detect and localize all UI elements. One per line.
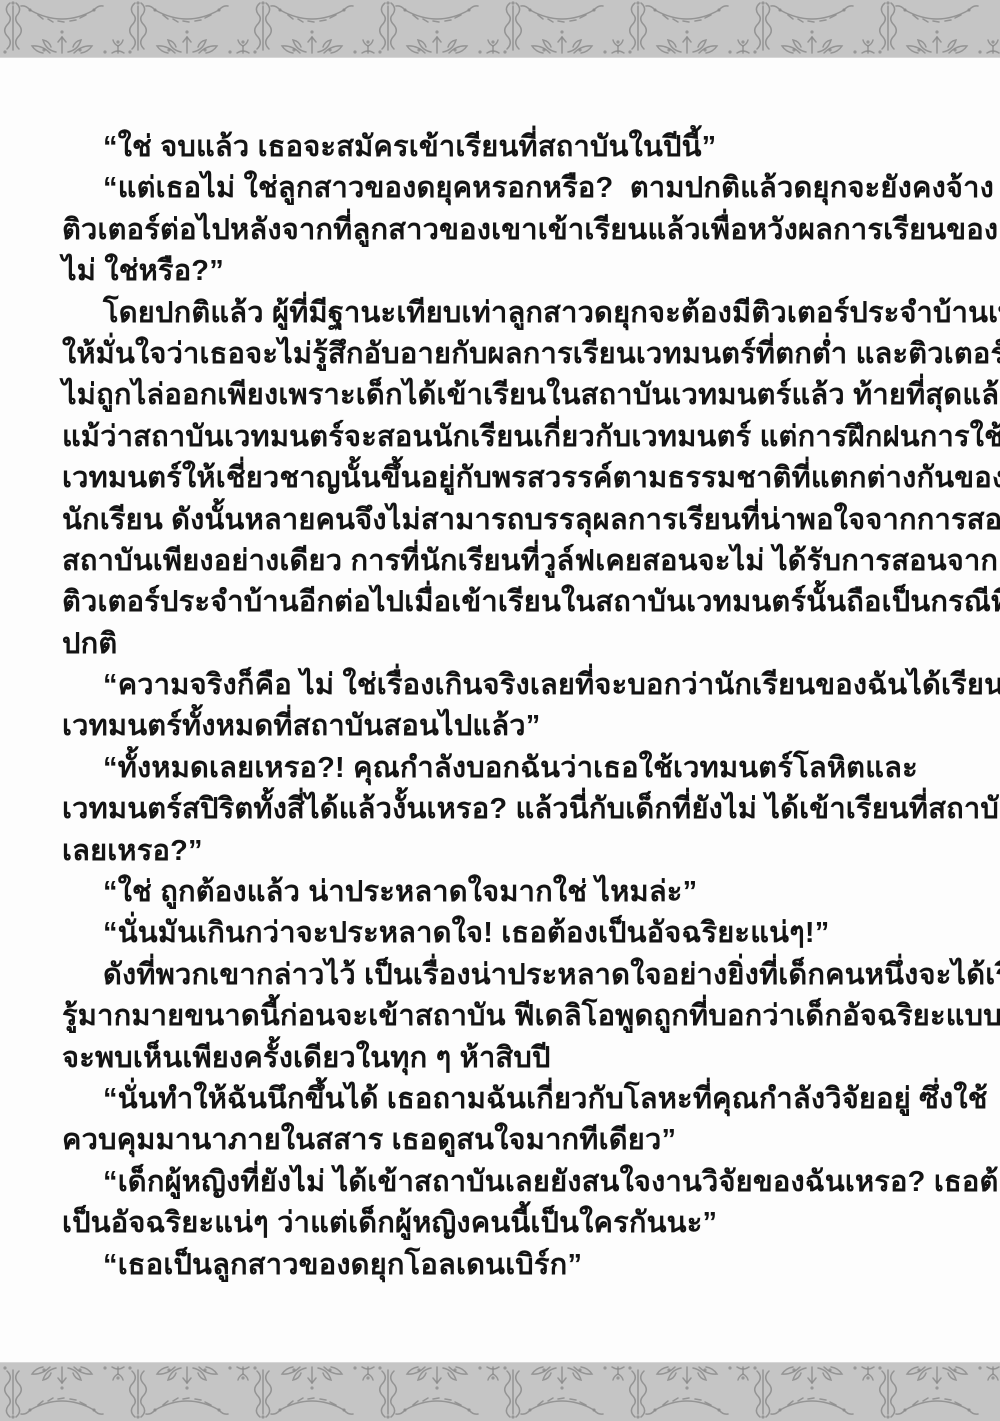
text-line: แม้ว่าสถาบันเวทมนตร์จะสอนนักเรียนเกี่ยวก… xyxy=(62,417,944,458)
text-line: รู้มากมายขนาดนี้ก่อนจะเข้าสถาบัน ฟีเดลิโ… xyxy=(62,996,944,1037)
text-line: ให้มั่นใจว่าเธอจะไม่รู้สึกอับอายกับผลการ… xyxy=(62,334,944,375)
text-line: จะพบเห็นเพียงครั้งเดียวในทุก ๆ ห้าสิบปี xyxy=(62,1038,944,1079)
top-ornamental-border xyxy=(0,0,1000,58)
text-line: ดังที่พวกเขากล่าวไว้ เป็นเรื่องน่าประหลา… xyxy=(62,955,944,996)
text-line: โดยปกติแล้ว ผู้ที่มีฐานะเทียบเท่าลูกสาวด… xyxy=(62,293,944,334)
text-line: นักเรียน ดังนั้นหลายคนจึงไม่สามารถบรรลุผ… xyxy=(62,500,944,541)
text-line: “นั่นมันเกินกว่าจะประหลาดใจ! เธอต้องเป็น… xyxy=(62,913,944,954)
text-line: ควบคุมมานาภายในสสาร เธอดูสนใจมากทีเดียว” xyxy=(62,1120,944,1161)
text-line: ไม่ ใช่หรือ?” xyxy=(62,251,944,292)
text-line: ไม่ถูกไล่ออกเพียงเพราะเด็กได้เข้าเรียนใน… xyxy=(62,375,944,416)
text-line: “เด็กผู้หญิงที่ยังไม่ ได้เข้าสถาบันเลยยั… xyxy=(62,1162,944,1203)
text-area: “ใช่ จบแล้ว เธอจะสมัครเข้าเรียนที่สถาบัน… xyxy=(62,127,944,1286)
text-line: เวทมนตร์ทั้งหมดที่สถาบันสอนไปแล้ว” xyxy=(62,706,944,747)
damask-pattern-icon xyxy=(0,0,1000,57)
text-line: ปกติ xyxy=(62,624,944,665)
text-line: “ใช่ จบแล้ว เธอจะสมัครเข้าเรียนที่สถาบัน… xyxy=(62,127,944,168)
text-line: “เธอเป็นลูกสาวของดยุกโอลเดนเบิร์ก” xyxy=(62,1245,944,1286)
text-line: ติวเตอร์ต่อไปหลังจากที่ลูกสาวของเขาเข้าเ… xyxy=(62,210,944,251)
text-line: “นั่นทำให้ฉันนึกขึ้นได้ เธอถามฉันเกี่ยวก… xyxy=(62,1079,944,1120)
text-line: “ใช่ ถูกต้องแล้ว น่าประหลาดใจมากใช่ ไหมล… xyxy=(62,872,944,913)
text-line: “ทั้งหมดเลยเหรอ?! คุณกำลังบอกฉันว่าเธอใช… xyxy=(62,748,944,789)
bottom-ornamental-border xyxy=(0,1362,1000,1421)
text-line: ติวเตอร์ประจำบ้านอีกต่อไปเมื่อเข้าเรียนใ… xyxy=(62,582,944,623)
text-line: เลยเหรอ?” xyxy=(62,831,944,872)
damask-pattern-icon xyxy=(0,1363,1000,1420)
text-line: เวทมนตร์สปิริตทั้งสี่ได้แล้วงั้นเหรอ? แล… xyxy=(62,789,944,830)
scanned-novel-page: “ใช่ จบแล้ว เธอจะสมัครเข้าเรียนที่สถาบัน… xyxy=(0,0,1000,1421)
text-line: เวทมนตร์ให้เชี่ยวชาญนั้นขึ้นอยู่กับพรสวร… xyxy=(62,458,944,499)
text-line: สถาบันเพียงอย่างเดียว การที่นักเรียนที่ว… xyxy=(62,541,944,582)
text-line: “ความจริงก็คือ ไม่ ใช่เรื่องเกินจริงเลยท… xyxy=(62,665,944,706)
text-line: “แต่เธอไม่ ใช่ลูกสาวของดยุคหรอกหรือ? ตาม… xyxy=(62,168,944,209)
text-line: เป็นอัจฉริยะแน่ๆ ว่าแต่เด็กผู้หญิงคนนี้เ… xyxy=(62,1203,944,1244)
